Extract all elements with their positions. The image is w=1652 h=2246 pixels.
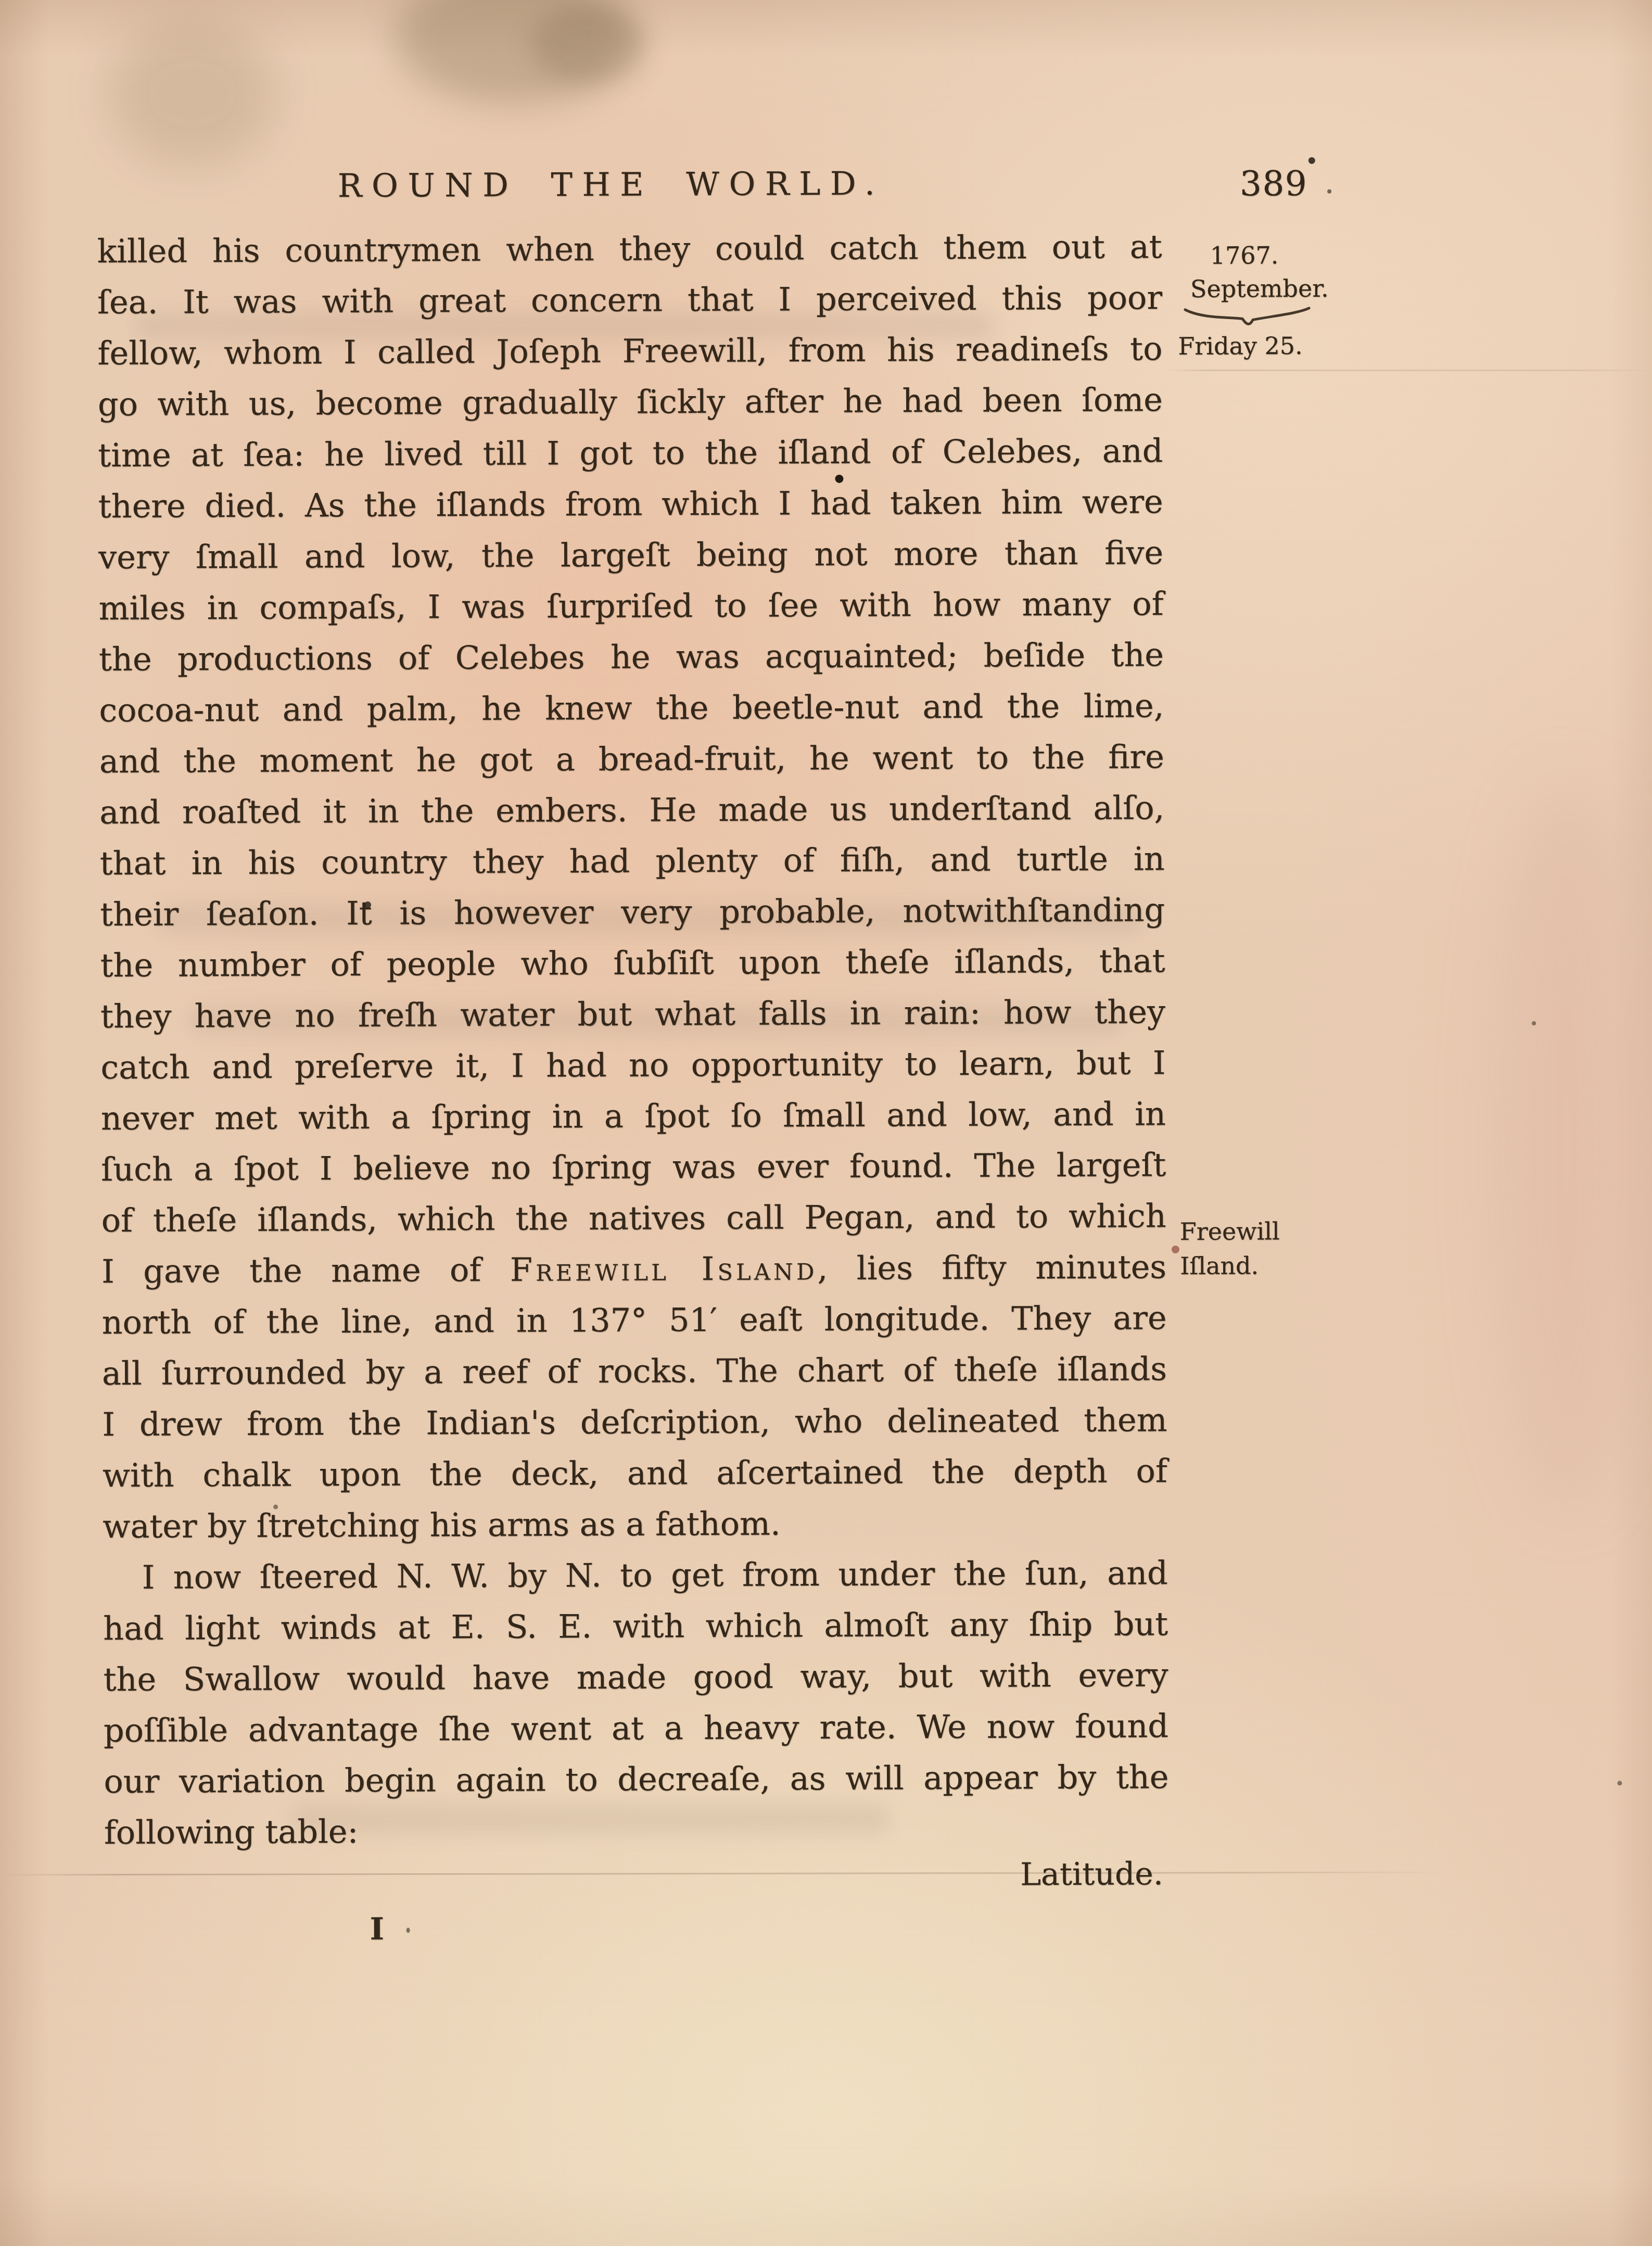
text-line: following table: [104,1803,1169,1858]
island-name-smallcaps: Freewill Island [510,1249,818,1289]
margin-note-date: 1767. September. Friday 25. [1177,238,1365,363]
ink-speck [1617,1781,1622,1785]
text-line: fellow, whom I called Joſeph Freewill, f… [97,323,1162,379]
text-line: cocoa-nut and palm, he knew the beetle-n… [99,680,1164,736]
text-line: had light winds at E. S. E. with which a… [103,1598,1168,1654]
text-line: that in his country they had plenty of f… [99,833,1164,889]
text-line: and the moment he got a bread-fruit, he … [99,731,1164,787]
catchword: Latitude. [1020,1856,1163,1893]
text-line: catch and preſerve it, I had no opportun… [100,1037,1165,1093]
ink-speck [1308,157,1315,164]
text-line: the number of people who ſubſiſt upon th… [100,935,1165,991]
text-line: north of the line, and in 137° 51′ eaſt … [101,1292,1166,1348]
text-line: I now ſteered N. W. by N. to get from un… [103,1547,1167,1603]
ink-speck [1327,189,1331,194]
page-title: ROUND THE WORLD. [338,164,885,205]
text-line: never met with a ſpring in a ſpot ſo ſma… [101,1088,1166,1144]
margin-island-line2: Iſland. [1180,1248,1367,1283]
text-line: with chalk upon the deck, and aſcertaine… [103,1445,1167,1501]
book-page-scan: ROUND THE WORLD. 389 1767. September. Fr… [0,0,1652,2246]
margin-island-line1: Freewill [1180,1213,1367,1249]
text-line: our variation begin again to decreaſe, a… [104,1752,1168,1807]
brace-icon [1182,304,1365,329]
text-line: I drew from the Indian's deſcription, wh… [102,1394,1167,1450]
text-line: very ſmall and low, the largeſt being no… [98,527,1163,583]
text-line: all ſurrounded by a reef of rocks. The c… [102,1343,1167,1399]
text-line: ſea. It was with great concern that I pe… [97,272,1162,328]
ink-speck [406,1928,410,1933]
text-line: their ſeaſon. It is however very probabl… [100,884,1165,940]
text-line: I gave the name of Freewill Island, lies… [101,1241,1166,1297]
text-line: ſuch a ſpot I believe no ſpring was ever… [101,1139,1166,1195]
signature-mark: I [370,1911,384,1947]
margin-year: 1767. [1210,238,1365,272]
text-line: miles in compaſs, I was ſurpriſed to ſee… [98,578,1163,634]
page-number: 389 [1240,163,1307,204]
text-line: of theſe iſlands, which the natives call… [101,1190,1166,1246]
text-line: poſſible advantage ſhe went at a heavy r… [104,1701,1168,1756]
main-text: killed his countrymen when they could ca… [97,221,1169,1858]
text-line: and roaſted it in the embers. He made us… [99,782,1164,838]
text-line: go with us, become gradually ſickly afte… [98,374,1163,430]
text-line: there died. As the iſlands from which I … [98,476,1163,532]
text-line: time at ſea: he lived till I got to the … [98,425,1163,481]
margin-note-island: Freewill Iſland. [1180,1213,1368,1283]
text-line: water by ſtretching his arms as a fathom… [103,1496,1167,1552]
margin-day: Friday 25. [1178,328,1365,363]
text-line: killed his countrymen when they could ca… [97,221,1162,277]
ink-speck [1172,1246,1179,1253]
text-segment: , lies fifty minutes [817,1248,1166,1287]
text-segment: I gave the name of [101,1251,510,1290]
text-line: they have no freſh water but what falls … [100,986,1165,1042]
ink-speck [1532,1021,1536,1025]
text-line: the Swallow would have made good way, bu… [103,1649,1168,1705]
text-line: the productions of Celebes he was acquai… [99,629,1164,685]
margin-month: September. [1190,271,1365,305]
